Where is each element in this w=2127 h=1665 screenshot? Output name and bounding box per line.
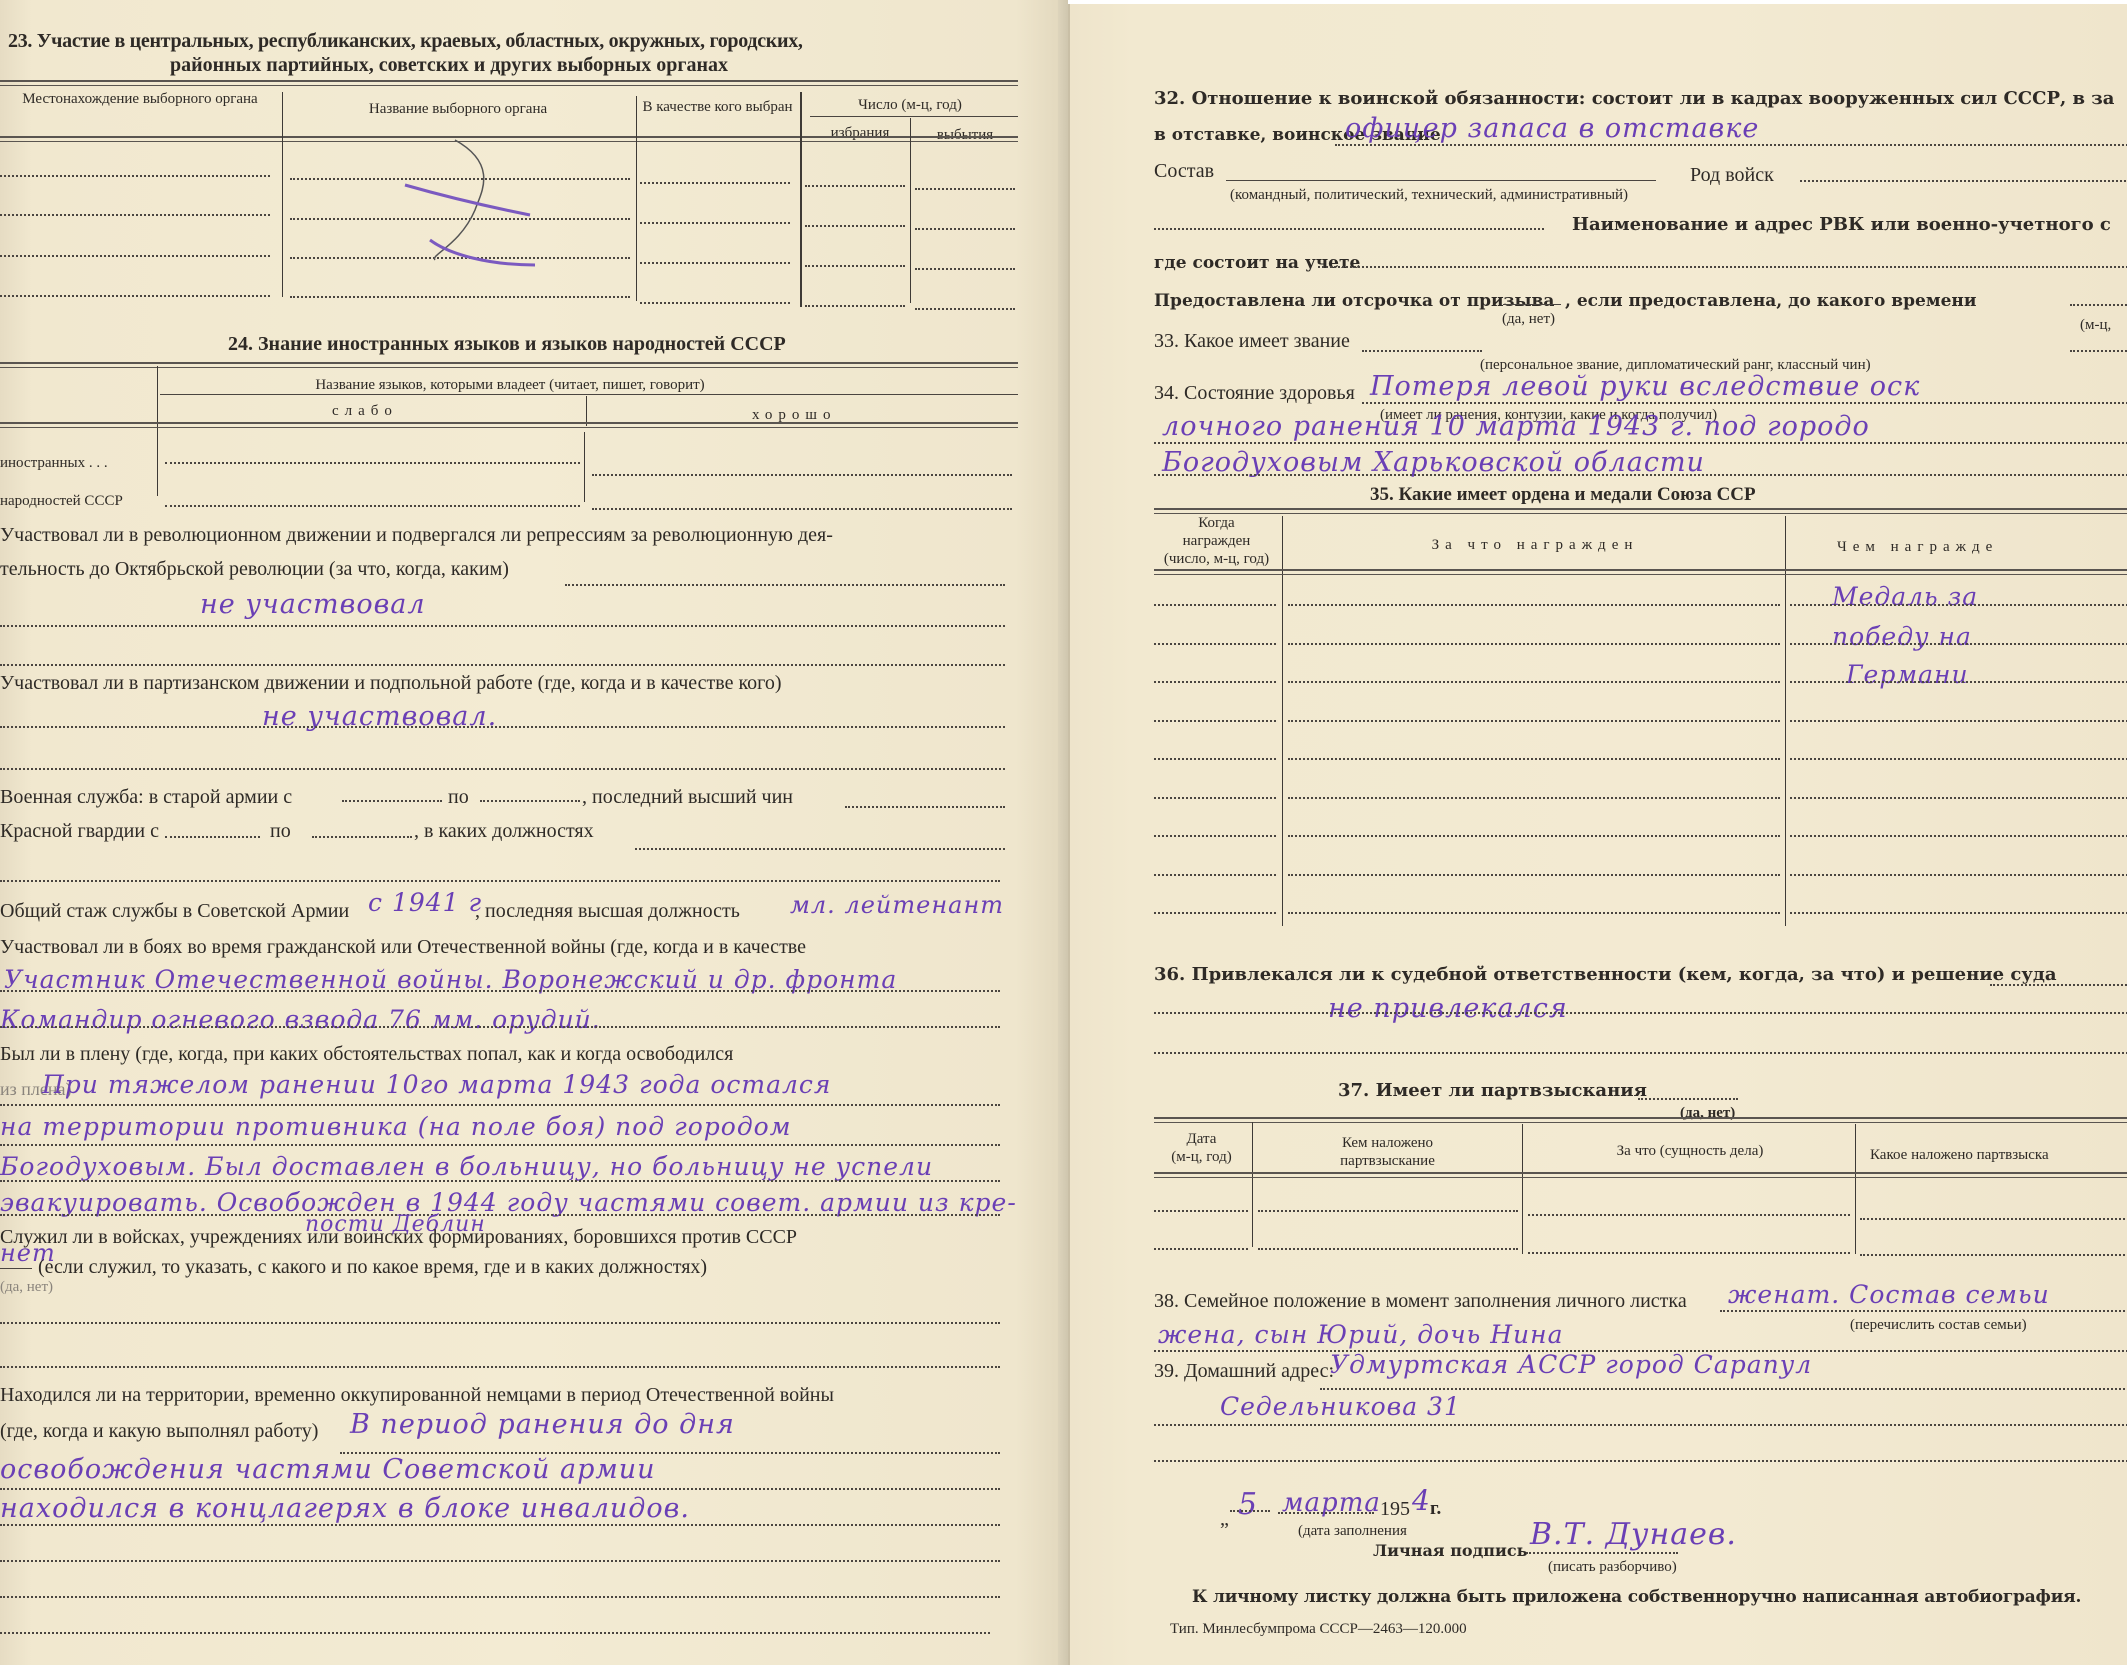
section-39-label: 39. Домашний адрес: [1154,1360,1334,1382]
col-for-header: За что награжден [1285,534,1785,556]
section-28-line2: Участвовал ли в боях во время гражданско… [0,936,806,958]
answer-line [1226,180,1656,181]
registered-label: где состоит на учете [1154,252,1360,274]
row-line [1288,797,1780,799]
section-38-answer-line1: женат. Состав семьи [1728,1280,2050,1310]
col-divider [1252,1122,1253,1247]
answer-line [845,806,1005,808]
section-31-line1: Находился ли на территории, временно окк… [0,1384,834,1406]
answer-line [1720,1310,2127,1312]
answer-line [1154,1012,2127,1014]
answer-line [0,768,1005,770]
answer-line [0,1488,1000,1490]
signature: В.Т. Дунаев. [1530,1520,1737,1550]
section-27-line2-a: Красной гвардии с [0,820,159,842]
left-page: 23. Участие в центральных, республиканск… [0,0,1058,1665]
row-line [1790,874,2127,876]
row-line [1154,835,1276,837]
section-31-answer-line1: В период ранения до дня [350,1410,735,1440]
row-line [0,295,270,297]
row-line [805,305,905,307]
table-24-header-rule [0,422,1018,428]
section-23-title-line2: районных партийных, советских и других в… [170,54,728,76]
composition-label: Состав [1154,160,1214,182]
section-33-label: 33. Какое имеет звание [1154,330,1350,352]
deferment-hint: (да, нет) [1502,308,1555,330]
row-line [1790,681,2127,683]
answer-line [1154,442,2127,444]
section-25-line2: тельность до Октябрьской революции (за ч… [0,558,509,580]
section-32-rank-answer: офицер запаса в отставке [1345,114,1759,144]
row-line [1860,1254,2127,1256]
deferment-label: Предоставлена ли отсрочка от призыва [1154,290,1554,312]
until-hint: (м-ц, [2080,314,2111,336]
table-35-header-rule [1154,569,2127,575]
book-gutter [1058,0,1068,1665]
divider [160,394,1018,395]
section-25-line1: Участвовал ли в революционном движении и… [0,524,833,546]
row-line [1154,1210,1248,1212]
section-36-answer: не привлекался [1328,994,1568,1024]
section-25-answer: не участвовал [200,590,426,620]
row-line [1790,758,2127,760]
answer-line [0,990,1000,992]
date-year-prefix: 195 [1380,1498,1410,1520]
table-37-top-rule [1154,1117,2127,1123]
date-day: 5 [1238,1490,1258,1520]
section-28-line1-b: , последняя высшая должность [475,900,740,922]
section-39-answer-line2: Седельникова 31 [1220,1392,1461,1422]
section-28-answer-line2: Командир огневого взвода 76 мм. орудий. [0,1005,601,1035]
col-divider [636,96,637,301]
section-34-label: 34. Состояние здоровья [1154,382,1355,404]
row-line [1288,604,1780,606]
row-line [1288,835,1780,837]
signature-hint: (писать разборчиво) [1548,1556,1677,1578]
row-line [640,222,790,224]
col-role-header: В качестве кого выбран [640,96,795,118]
row-line [640,302,790,304]
row-line [1790,912,2127,914]
col-divider [157,366,158,496]
section-39-answer-line1: Удмуртская АССР город Сарапул [1330,1350,1812,1380]
answer-line [1154,474,2127,476]
answer-line [0,1104,1000,1106]
row-line [1258,1210,1518,1212]
answer-line [480,800,580,802]
row-line [1154,874,1276,876]
section-24-title: 24. Знание иностранных языков и языков н… [228,333,786,355]
section-23-title-line1: 23. Участие в центральных, республиканск… [8,30,803,52]
section-30-line2: (если служил, то указать, с какого и по … [38,1256,707,1278]
row-line [1154,797,1276,799]
answer-line [2070,350,2127,352]
section-36-label: 36. Привлекался ли к судебной ответствен… [1154,964,2057,986]
answer-line [0,1524,1000,1526]
col-divider [1282,516,1283,926]
divider [810,116,1018,117]
row-line [592,508,1012,510]
answer-line [1800,180,2127,182]
answer-line [0,726,1005,728]
date-hint: (дата заполнения [1298,1520,1407,1542]
col-when-header-l3: (число, м-ц, год) [1154,548,1279,570]
section-27-line1-b: по [448,786,469,808]
row-line [1790,643,2127,645]
section-28-since: с 1941 г [368,888,482,918]
answer-line [1320,1388,2127,1390]
answer-line [1362,350,1482,352]
date-year-digit: 4 [1412,1486,1430,1516]
signature-line [1526,1552,1678,1554]
section-37-label: 37. Имеет ли партвзыскания [1338,1080,1647,1102]
row-line [1154,604,1276,606]
row-line [1790,835,2127,837]
section-38-answer-line2: жена, сын Юрий, дочь Нина [1158,1320,1563,1350]
table-37-header-rule [1154,1172,2127,1178]
answer-line [1230,1510,1270,1512]
answer-line [0,1366,1000,1368]
section-29-answer-line2: на территории противника (на поле боя) п… [0,1112,791,1142]
answer-line [1503,304,1561,305]
row-line [915,268,1015,270]
section-30-hint: (да, нет) [0,1276,53,1298]
section-38-hint: (перечислить состав семьи) [1850,1314,2027,1336]
section-29-answer-line1: При тяжелом ранении 10го марта 1943 года… [42,1070,831,1100]
col-date-header: Число (м-ц, год) [805,94,1015,116]
section-30-line1: Служил ли в войсках, учреждениях или вои… [0,1226,797,1248]
answer-line [165,836,260,838]
date-year-suffix: г. [1430,1498,1441,1520]
col-divider [800,92,802,307]
table-35-top-rule [1154,508,2127,514]
row-line [1288,912,1780,914]
row-line [0,214,270,216]
answer-line [1638,1098,1738,1100]
section-26-line1: Участвовал ли в партизанском движении и … [0,672,782,694]
section-31-line2: (где, когда и какую выполнял работу) [0,1420,318,1442]
col-left-header: выбытия [915,124,1015,146]
col-divider [910,118,911,303]
row-line [805,225,905,227]
row-foreign-label: иностранных . . . [0,452,108,474]
col-by-header-l2: партвзыскание [1255,1150,1520,1172]
row-line [0,255,270,257]
section-38-label: 38. Семейное положение в момент заполнен… [1154,1290,1687,1312]
answer-line [0,1180,1000,1182]
date-open-quote: „ [1220,1508,1229,1530]
section-31-answer-line3: находился в концлагерях в блоке инвалидо… [0,1494,690,1524]
autobiography-note: К личному листку должна быть приложена с… [1192,1586,2081,1608]
section-34-answer-line2: лочного ранения 10 марта 1943 г. под гор… [1162,412,1870,442]
table-24-top-rule [0,362,1018,368]
row-line [1154,1248,1248,1250]
answer-line [0,625,1005,627]
composition-hint: (командный, политический, технический, а… [1230,184,1628,206]
row-line [1288,681,1780,683]
col-name-header: Название выборного органа [283,98,633,120]
section-35-title: 35. Какие имеет ордена и медали Союза СС… [1370,484,1756,506]
section-28-line1-a: Общий стаж службы в Советской Армии [0,900,349,922]
row-line [1790,720,2127,722]
col-divider [1855,1124,1856,1254]
section-32-line1: 32. Отношение к воинской обязанности: со… [1154,88,2114,110]
answer-line [0,1144,1000,1146]
award-line1: Медаль за [1832,582,1978,612]
rvk-label: Наименование и адрес РВК или военно-учет… [1572,214,2111,236]
row-line [915,188,1015,190]
row-line [1528,1252,1850,1254]
row-line [915,228,1015,230]
row-line [165,505,580,507]
row-line [1790,797,2127,799]
row-line [1154,912,1276,914]
answer-line [1154,1460,2127,1462]
answer-line [0,664,1005,666]
printer-imprint: Тип. Минлесбумпрома СССР—2463—120.000 [1170,1618,1467,1640]
row-line [1154,643,1276,645]
answer-line [1154,1052,2127,1054]
section-28-position: мл. лейтенант [790,890,1004,920]
table-23-top-rule [0,80,1018,86]
answer-line [0,1560,1000,1562]
answer-line [1154,1424,2127,1426]
until-label: , если предоставлена, до какого времени [1565,290,1976,312]
answer-line [0,1322,1000,1324]
section-27-line2-c: , в каких должностях [414,820,594,842]
answer-line [1278,1512,1374,1514]
col-weak-header: слабо [332,400,398,422]
col-for-header: За что (сущность дела) [1525,1140,1855,1162]
cross-out-mark [380,135,580,275]
answer-line [1318,266,2127,268]
row-line [1790,604,2127,606]
col-what-header: Какое наложено партвзыска [1870,1144,2049,1166]
col-divider [282,92,283,297]
row-line [1860,1218,2127,1220]
section-29-answer-line3: Богодуховым. Был доставлен в больницу, н… [0,1152,933,1182]
answer-line [0,1026,1000,1028]
answer-line [565,584,1005,586]
right-page: 32. Отношение к воинской обязанности: со… [1068,4,2127,1665]
row-line [1154,758,1276,760]
col-divider [1785,516,1786,926]
row-line [1154,681,1276,683]
answer-line [635,848,1005,850]
row-ussr-label: народностей СССР [0,490,123,512]
answer-line [1154,228,1544,230]
row-line [1154,720,1276,722]
row-line [640,262,790,264]
row-line [1528,1214,1850,1216]
answer-line [312,836,412,838]
section-29-line1: Был ли в плену (где, когда, при каких об… [0,1043,733,1065]
answer-line [0,1596,1000,1598]
row-line [1288,874,1780,876]
row-line [640,182,790,184]
section-34-answer-line1: Потеря левой руки вследствие оск [1370,372,1920,402]
section-27-line2-b: по [270,820,291,842]
answer-line [1990,984,2127,986]
section-27-line1-a: Военная служба: в старой армии с [0,786,292,808]
answer-line [0,880,1000,882]
row-line [0,175,270,177]
branch-label: Род войск [1690,164,1774,186]
row-line [1288,720,1780,722]
answer-line [0,1632,990,1634]
award-line2: победу на [1832,622,1972,652]
col-date-header-l2: (м-ц, год) [1154,1146,1249,1168]
row-line [165,462,580,464]
answer-line [0,1214,1000,1216]
section-31-answer-line2: освобождения частями Советской армии [0,1455,656,1485]
col-divider [584,432,585,502]
row-line [290,296,630,298]
row-line [805,265,905,267]
col-what-header: Чем награжде [1837,536,1998,558]
row-line [805,185,905,187]
award-line3: Германи [1846,660,1969,690]
row-line [1288,758,1780,760]
col-divider [1522,1124,1523,1254]
answer-line [1335,144,2127,146]
answer-line [2070,304,2127,306]
signature-label: Личная подпись [1373,1540,1527,1562]
row-line [915,308,1015,310]
answer-line [342,800,442,802]
row-line [592,474,1012,476]
answer-line [0,1268,32,1269]
row-line [1258,1248,1518,1250]
col-location-header: Местонахождение выборного органа [0,88,280,110]
section-27-line1-c: , последний высший чин [582,786,793,808]
languages-header: Название языков, которыми владеет (читае… [160,374,860,396]
row-line [1288,643,1780,645]
